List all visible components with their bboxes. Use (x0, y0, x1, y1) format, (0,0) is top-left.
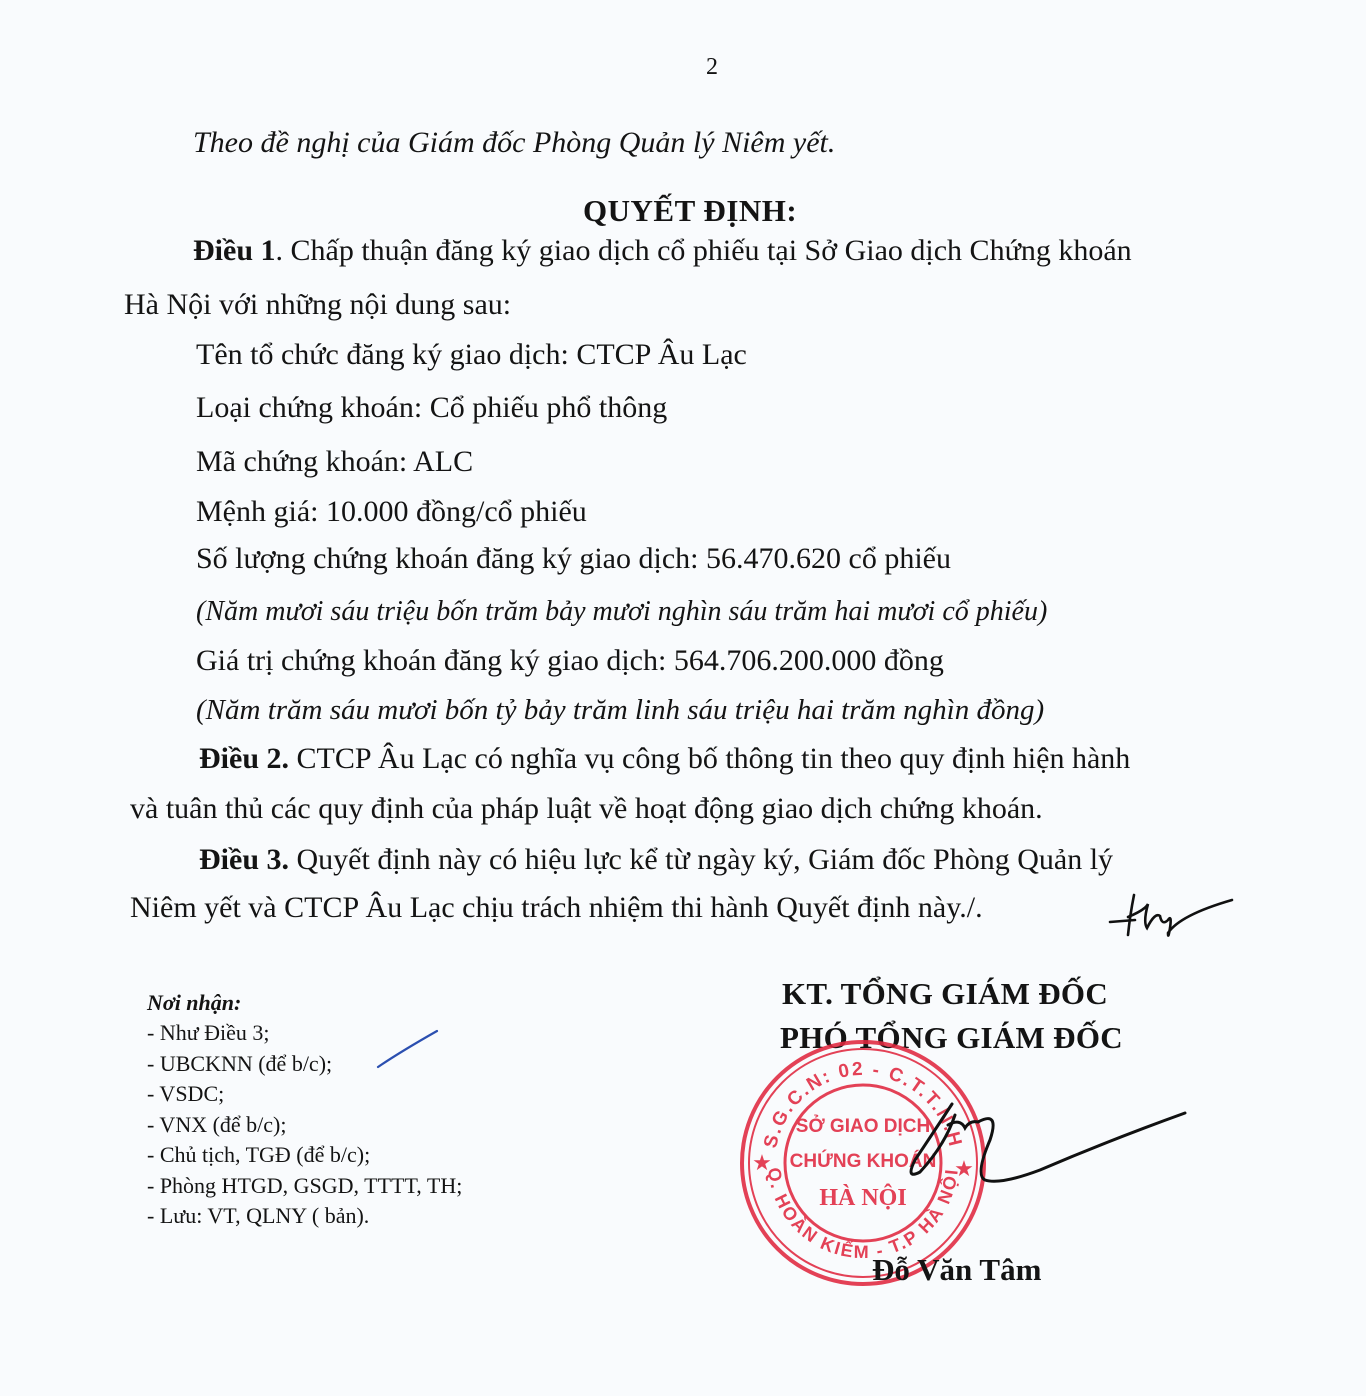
article-2-line-1: Điều 2. CTCP Âu Lạc có nghĩa vụ công bố … (199, 744, 1130, 774)
field-value: 56.470.620 cổ phiếu (706, 542, 951, 575)
field-value: Cổ phiếu phổ thông (430, 391, 668, 424)
field-label: Giá trị chứng khoán đăng ký giao dịch (196, 644, 658, 677)
svg-text:HÀ NỘI: HÀ NỘI (819, 1185, 906, 1211)
field-total-value: Giá trị chứng khoán đăng ký giao dịch: 5… (196, 646, 944, 676)
article-3-text: Quyết định này có hiệu lực kể từ ngày ký… (289, 843, 1113, 876)
field-value: CTCP Âu Lạc (576, 338, 747, 371)
signature-title-2: PHÓ TỔNG GIÁM ĐỐC (780, 1020, 1123, 1056)
article-3-label: Điều 3. (199, 843, 289, 876)
article-1-line-1: Điều 1. Chấp thuận đăng ký giao dịch cổ … (193, 236, 1132, 266)
initials-icon (1110, 895, 1232, 936)
field-value: ALC (413, 445, 473, 478)
star-icon: ★ (752, 1150, 772, 1175)
decision-title: QUYẾT ĐỊNH: (583, 193, 797, 229)
field-ticker: Mã chứng khoán: ALC (196, 447, 473, 477)
field-label: Tên tổ chức đăng ký giao dịch (196, 338, 560, 371)
intro-text: Theo đề nghị của Giám đốc Phòng Quản lý … (193, 128, 835, 158)
recipients-list: - Như Điều 3; - UBCKNN (để b/c); - VSDC;… (147, 1018, 462, 1232)
quantity-in-words: (Năm mươi sáu triệu bốn trăm bảy mươi ng… (196, 598, 1047, 626)
seal-bottom-text: Q. HOÀN KIẾM - T.P HÀ NỘI (764, 1166, 962, 1262)
recipient-item: - Như Điều 3; (147, 1018, 462, 1049)
field-org-name: Tên tổ chức đăng ký giao dịch: CTCP Âu L… (196, 340, 747, 370)
signer-name: Đỗ Văn Tâm (872, 1252, 1041, 1288)
field-quantity: Số lượng chứng khoán đăng ký giao dịch: … (196, 544, 951, 574)
svg-text:CHỨNG KHOÁN: CHỨNG KHOÁN (790, 1150, 937, 1172)
field-label: Mệnh giá (196, 495, 310, 528)
signature-icon (911, 1104, 1185, 1181)
recipient-item: - VSDC; (147, 1079, 462, 1110)
field-label: Loại chứng khoán (196, 391, 414, 424)
article-1-label: Điều 1 (193, 234, 276, 267)
article-1-line-2: Hà Nội với những nội dung sau: (124, 290, 511, 320)
article-2-line-2: và tuân thủ các quy định của pháp luật v… (130, 794, 1043, 824)
field-value: 10.000 đồng/cổ phiếu (326, 495, 587, 528)
seal-top-text: S.G.C.N: 02 - C.T.T.N.H (760, 1059, 965, 1150)
article-3-line-1: Điều 3. Quyết định này có hiệu lực kể từ… (199, 845, 1113, 875)
recipient-item: - Lưu: VT, QLNY ( bản). (147, 1201, 462, 1232)
field-par-value: Mệnh giá: 10.000 đồng/cổ phiếu (196, 497, 587, 527)
field-label: Mã chứng khoán (196, 445, 399, 478)
page-number: 2 (706, 54, 718, 81)
field-security-type: Loại chứng khoán: Cổ phiếu phổ thông (196, 393, 667, 423)
article-3-line-2: Niêm yết và CTCP Âu Lạc chịu trách nhiệm… (130, 893, 983, 923)
recipient-item: - UBCKNN (để b/c); (147, 1049, 462, 1080)
value-in-words: (Năm trăm sáu mươi bốn tỷ bảy trăm linh … (196, 696, 1044, 725)
signature-title-1: KT. TỔNG GIÁM ĐỐC (782, 976, 1108, 1012)
article-1-text: . Chấp thuận đăng ký giao dịch cổ phiếu … (276, 234, 1132, 267)
field-label: Số lượng chứng khoán đăng ký giao dịch (196, 542, 690, 575)
svg-text:SỞ GIAO DỊCH: SỞ GIAO DỊCH (796, 1115, 930, 1137)
field-value: 564.706.200.000 đồng (674, 644, 944, 677)
recipient-item: - VNX (để b/c); (147, 1110, 462, 1141)
recipient-item: - Chủ tịch, TGĐ (để b/c); (147, 1140, 462, 1171)
recipients-title: Nơi nhận: (147, 990, 241, 1016)
article-2-text: CTCP Âu Lạc có nghĩa vụ công bố thông ti… (289, 742, 1130, 775)
recipient-item: - Phòng HTGD, GSGD, TTTT, TH; (147, 1171, 462, 1202)
article-2-label: Điều 2. (199, 742, 289, 775)
star-icon: ★ (954, 1156, 974, 1181)
